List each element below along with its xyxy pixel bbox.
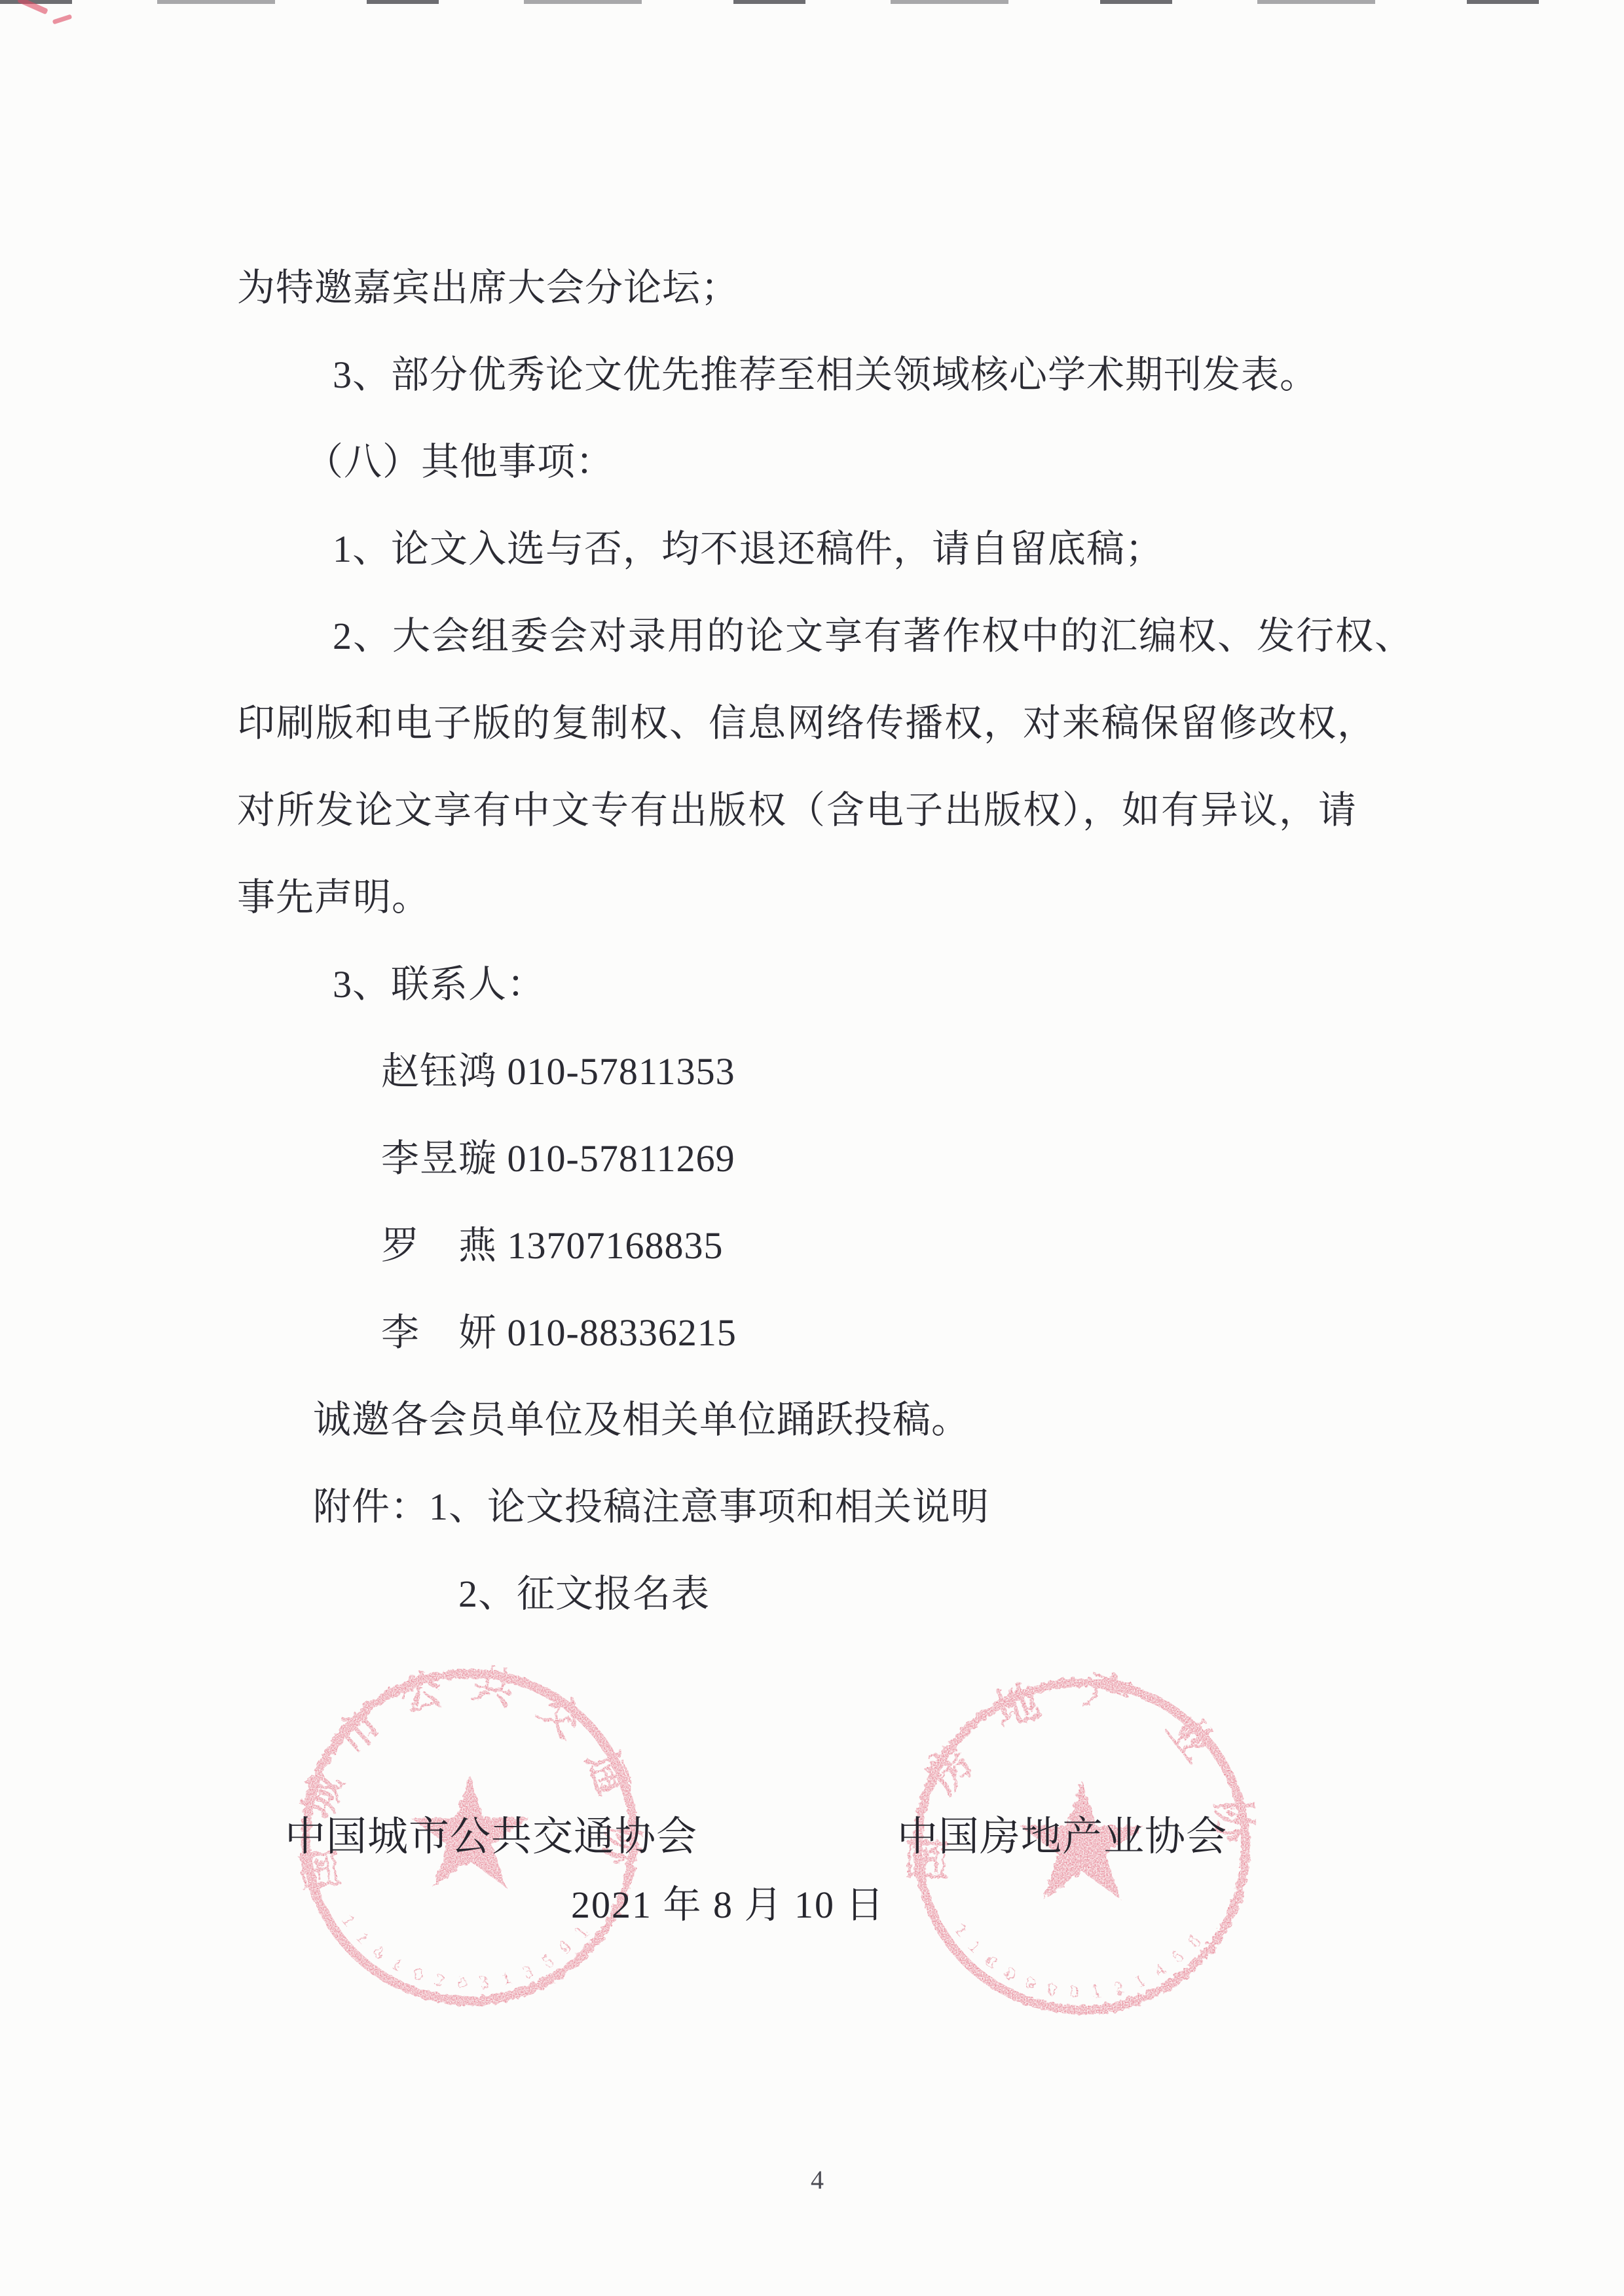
red-ink-speck [52, 14, 73, 25]
body-text-line: 对所发论文享有中文专有出版权（含电子出版权），如有异议，请 [237, 792, 1357, 829]
body-text-line: 1、论文入选与否，均不退还稿件，请自留底稿； [333, 530, 1164, 568]
left-org-signature: 中国城市公共交通协会 [285, 1817, 697, 1857]
right-org-signature: 中国房地产业协会 [897, 1817, 1227, 1857]
contact-line: 李 妍 010-88336215 [381, 1314, 737, 1352]
scanner-edge-artifact [0, 0, 1624, 4]
page-number: 4 [811, 2167, 824, 2193]
signature-date: 2021 年 8 月 10 日 [571, 1886, 885, 1924]
body-text-line: （八）其他事项： [305, 443, 614, 481]
body-text-line: 事先声明。 [237, 879, 430, 917]
attachment-line: 2、征文报名表 [458, 1575, 710, 1613]
seal-serial-number: 1100000121458 [951, 1920, 1213, 2002]
seal-serial-wrap: 1100000121458 [951, 1920, 1213, 2002]
seal-serial-number: 1101020313591 [339, 1911, 600, 1993]
body-text-line: 印刷版和电子版的复制权、信息网络传播权，对来稿保留修改权， [237, 704, 1376, 742]
body-text-line: 2、大会组委会对录用的论文享有著作权中的汇编权、发行权、 [333, 617, 1414, 655]
body-text-line: 3、联系人： [333, 966, 545, 1004]
attachment-line: 附件：1、论文投稿注意事项和相关说明 [313, 1488, 989, 1526]
contact-line: 李昱璇 010-57811269 [381, 1140, 735, 1178]
scanned-document-page: 中国城市公共交通协会 1101020313591 [0, 0, 1624, 2296]
body-text-line: 为特邀嘉宾出席大会分论坛； [237, 269, 739, 307]
contact-line: 罗 燕 13707168835 [381, 1227, 724, 1265]
contact-line: 赵钰鸿 010-57811353 [381, 1053, 735, 1091]
seal-serial-wrap: 1101020313591 [339, 1911, 600, 1993]
body-text-line: 3、部分优秀论文优先推荐至相关领域核心学术期刊发表。 [333, 356, 1318, 394]
body-text-line: 诚邀各会员单位及相关单位踊跃投稿。 [313, 1401, 970, 1439]
